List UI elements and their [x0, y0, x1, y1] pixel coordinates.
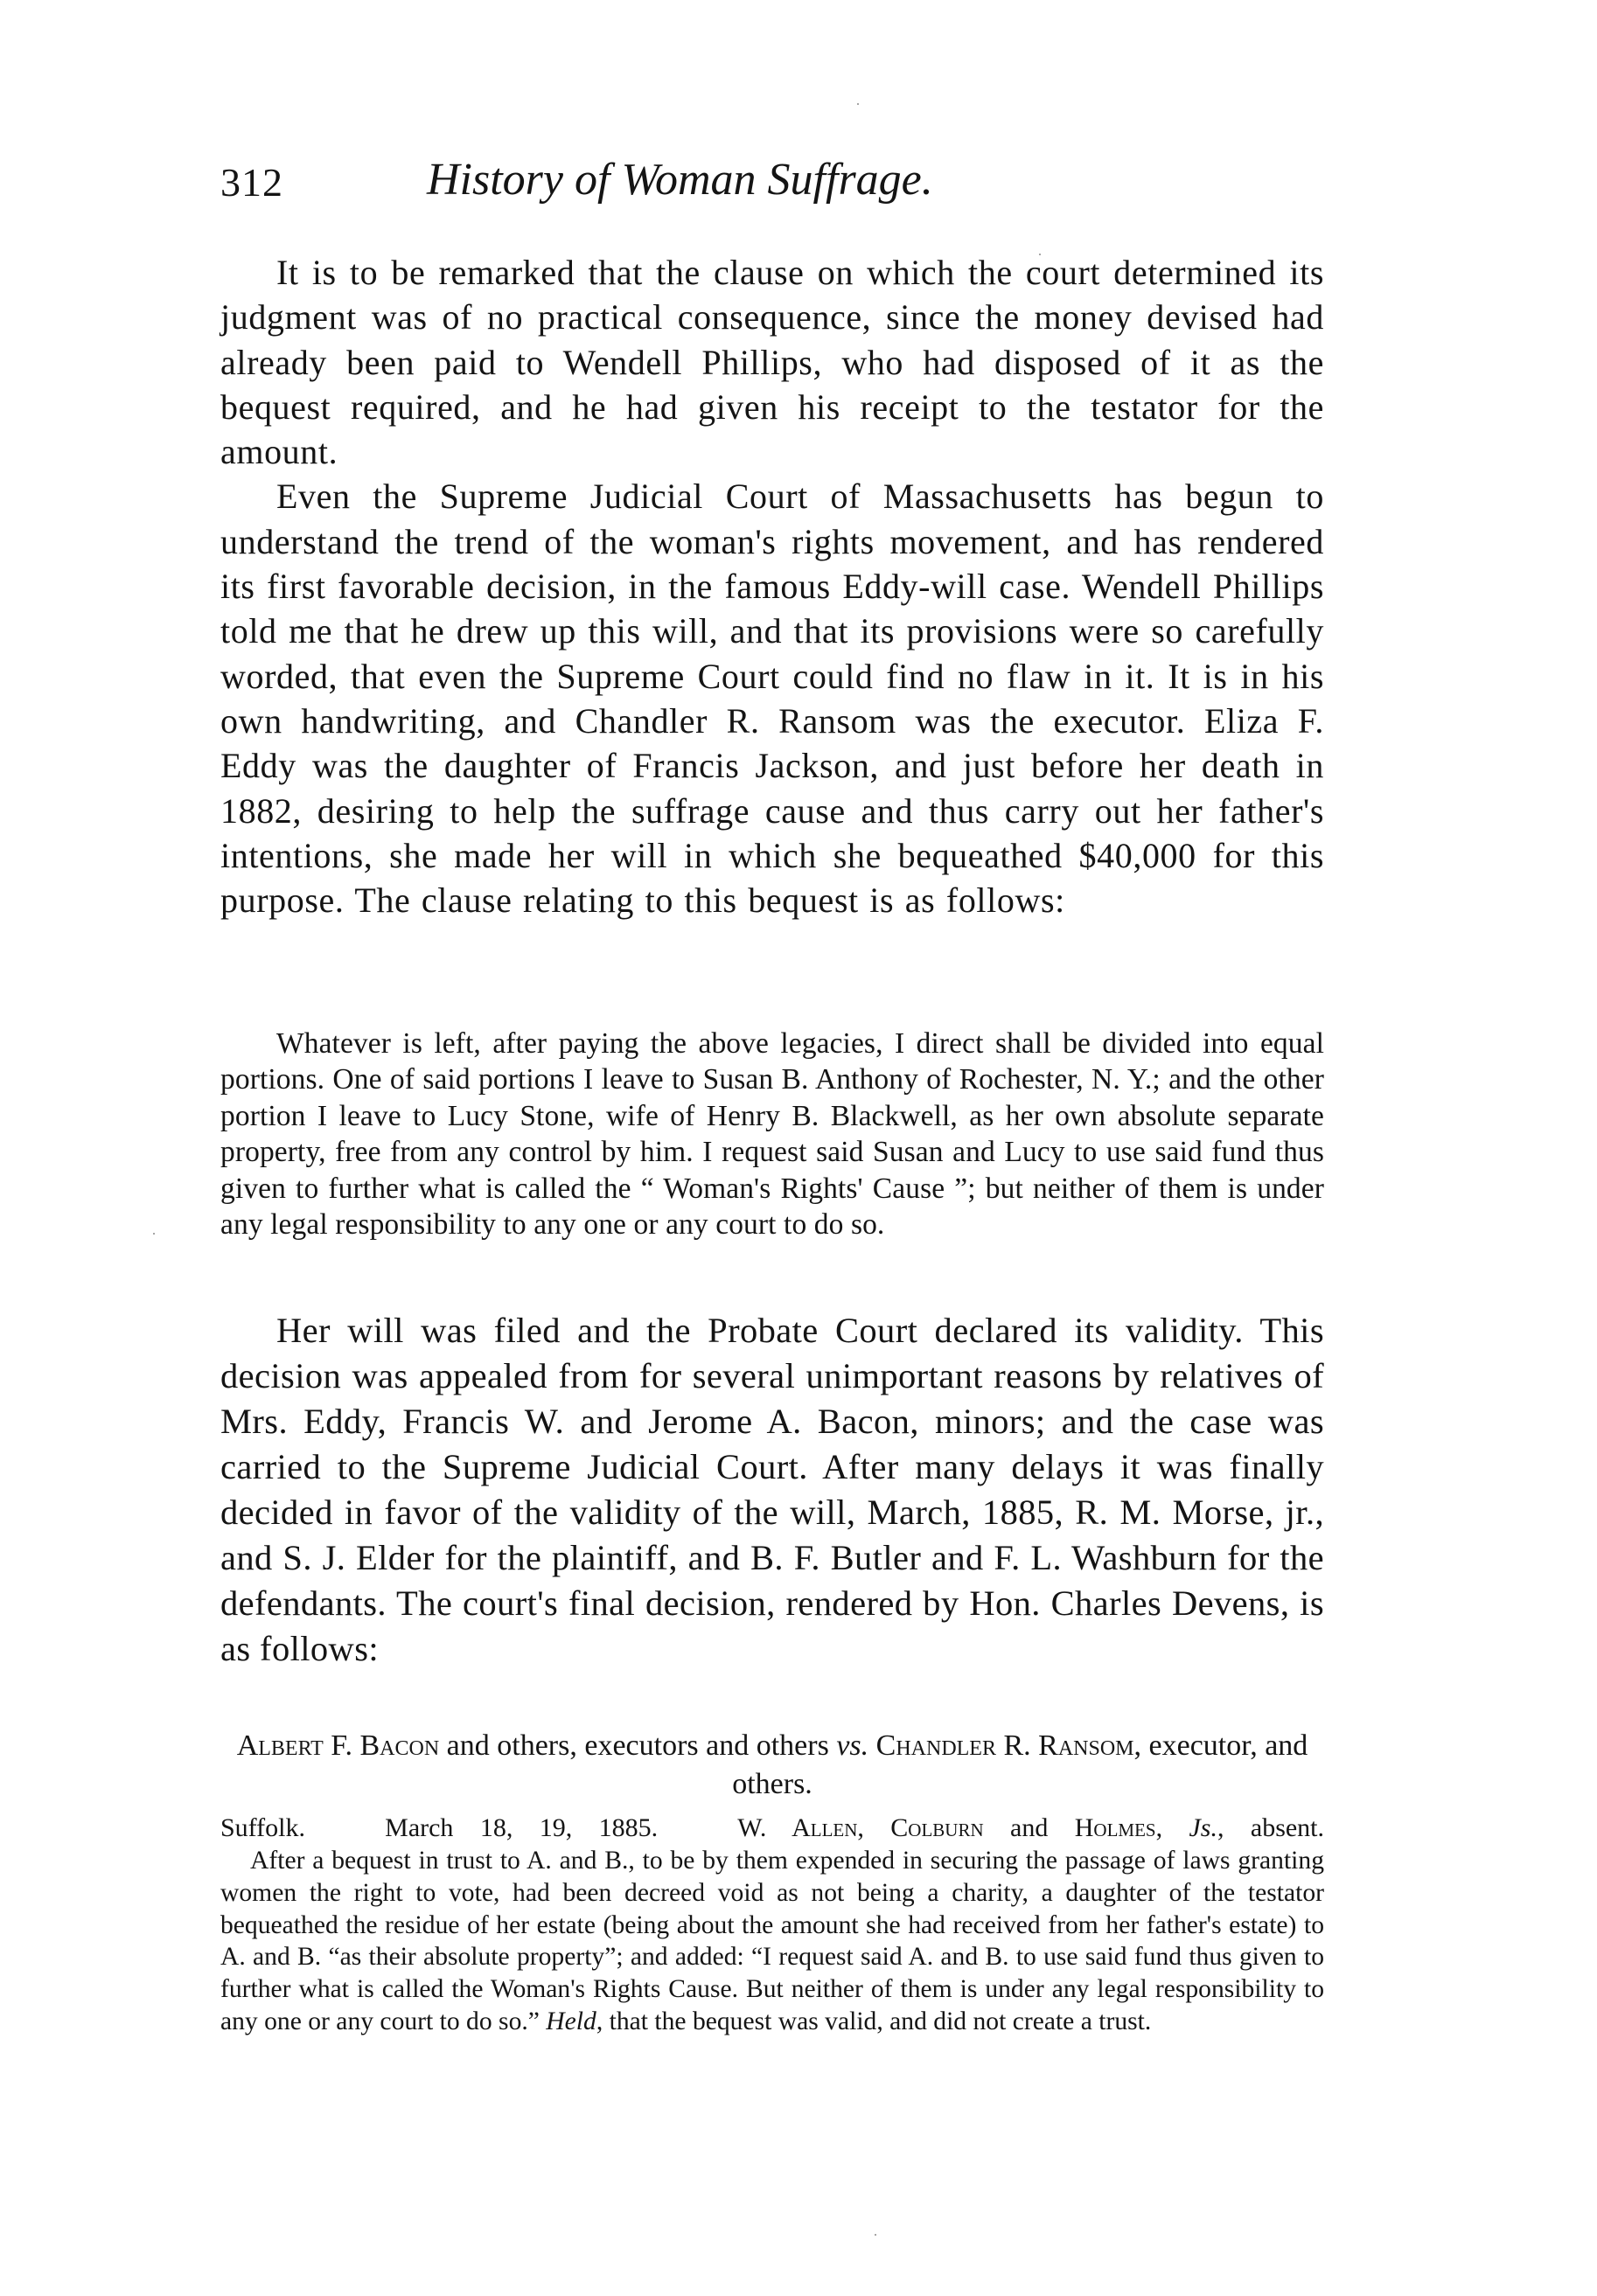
justices-abbrev: Js. — [1189, 1813, 1217, 1842]
page-number: 312 — [220, 159, 283, 205]
body-section-1: It is to be remarked that the clause on … — [220, 250, 1324, 922]
scan-speck — [1039, 254, 1041, 255]
syllabus-text: After a bequest in trust to A. and B., t… — [220, 1845, 1324, 2038]
running-title: History of Woman Suffrage. — [427, 154, 933, 205]
justices: W. Allen, Colburn — [737, 1813, 983, 1842]
scan-speck — [857, 103, 859, 105]
will-quotation: Whatever is left, after paying the above… — [220, 1026, 1324, 1242]
plaintiff-rest: and others, executors and others — [439, 1729, 836, 1762]
hearing-dates: March 18, 19, 1885. — [385, 1813, 658, 1842]
will-quote-text: Whatever is left, after paying the above… — [220, 1026, 1324, 1242]
paragraph-eddy-will: Even the Supreme Judicial Court of Massa… — [220, 474, 1324, 922]
running-head: 312 History of Woman Suffrage. — [220, 154, 1324, 206]
justice-last: Holmes — [1075, 1813, 1156, 1842]
scan-speck — [875, 2234, 876, 2236]
absent-note: , absent. — [1217, 1813, 1324, 1842]
justices-and: and — [984, 1813, 1075, 1842]
defendant-name: Chandler R. Ransom — [876, 1729, 1134, 1762]
paragraph-court-judgment: It is to be remarked that the clause on … — [220, 250, 1324, 474]
case-title: Albert F. Bacon and others, executors an… — [220, 1727, 1324, 1804]
case-syllabus: After a bequest in trust to A. and B., t… — [220, 1845, 1324, 2038]
court-line: Suffolk. March 18, 19, 1885. W. Allen, C… — [220, 1812, 1324, 1845]
plaintiff-name: Albert F. Bacon — [237, 1729, 439, 1762]
scan-speck — [153, 1233, 155, 1235]
held-label: Held — [546, 2007, 596, 2035]
body-section-2: Her will was filed and the Probate Court… — [220, 1308, 1324, 1672]
county: Suffolk. — [220, 1813, 305, 1842]
paragraph-probate-appeal: Her will was filed and the Probate Court… — [220, 1308, 1324, 1672]
versus: vs. — [836, 1729, 868, 1762]
syllabus-holding: , that the bequest was valid, and did no… — [596, 2007, 1151, 2035]
